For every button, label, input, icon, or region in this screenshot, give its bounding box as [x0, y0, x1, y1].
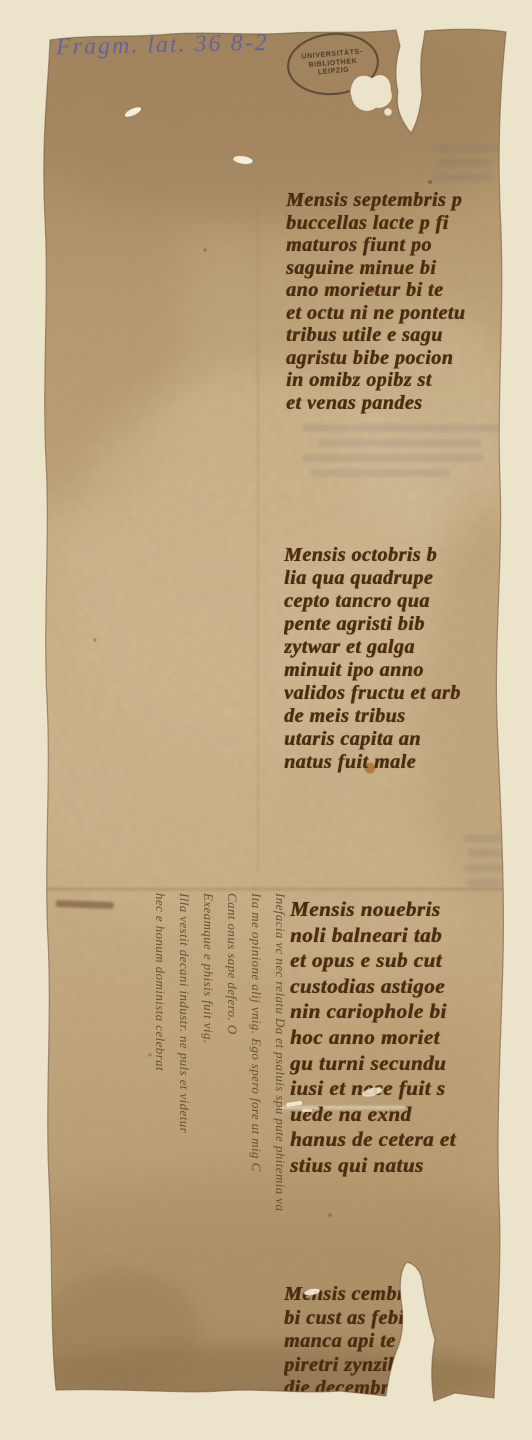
manuscript-line: Mensis octobris b — [284, 544, 506, 567]
manuscript-line: piretri zynzibe — [284, 1354, 506, 1378]
manuscript-line: gu turni secundu — [290, 1051, 512, 1077]
manuscript-line: et venas pandes — [286, 392, 506, 415]
manuscript-line: tribus utile e sagu — [286, 324, 506, 347]
manuscript-line: pente agristi bib — [284, 613, 506, 636]
manuscript-line: cepto tancro qua — [284, 590, 506, 613]
manuscript-line: iusi et nece fuit s — [290, 1076, 512, 1102]
manuscript-line: utaris capita an — [284, 728, 506, 751]
marginalia-line: Exeamque e phisis fuit vig. — [196, 893, 220, 1393]
manuscript-line: natus fuit male — [284, 751, 506, 774]
manuscript-line: et octu ni ne pontetu — [286, 302, 506, 325]
show-through-text — [302, 424, 502, 484]
manuscript-line: et opus e sub cut — [290, 948, 512, 974]
marginalia-line: Ita me opinione alij vnig. Ego spero for… — [244, 893, 268, 1393]
text-block-october: Mensis octobris b lia qua quadrupe cepto… — [284, 544, 506, 774]
show-through-text — [432, 144, 498, 189]
manuscript-line: minuit ipo anno — [284, 659, 506, 682]
manuscript-line: saguine minue bi — [286, 257, 506, 280]
manuscript-line: zytwar et galga — [284, 636, 506, 659]
manuscript-line: Mensis cembris — [284, 1283, 506, 1307]
manuscript-line: custodias astigoe — [290, 974, 512, 1000]
manuscript-line: Mensis nouebris — [290, 897, 512, 923]
marginalia-line: Cant onus sape defero. O — [220, 893, 244, 1393]
manuscript-line: lia qua quadrupe — [284, 567, 506, 590]
manuscript-line: bi cust as febi — [284, 1307, 506, 1331]
manuscript-line: nin cariophole bi — [290, 999, 512, 1025]
text-block-september: Mensis septembris p buccellas lacte p fi… — [286, 189, 506, 414]
manuscript-line: ano morietur bi te — [286, 279, 506, 302]
manuscript-line: uede na exnd — [290, 1102, 512, 1128]
manuscript-line: validos fructu et arb — [284, 682, 506, 705]
manuscript-line: in omibz opibz st — [286, 369, 506, 392]
marginalia-line: hec e honum dominista celebrat — [148, 893, 172, 1393]
text-block-december: Mensis cembris bi cust as febi manca api… — [284, 1283, 506, 1401]
manuscript-line: stius qui natus — [290, 1153, 512, 1179]
text-block-november: Mensis nouebris noli balneari tab et opu… — [290, 897, 512, 1179]
manuscript-line: maturos fiunt po — [286, 234, 506, 257]
manuscript-line: manca api te — [284, 1330, 506, 1354]
manuscript-line: buccellas lacte p fi — [286, 212, 506, 235]
manuscript-scan: Fragm. lat. 36 8-2 UNIVERSITÄTS- BIBLIOT… — [0, 0, 532, 1440]
manuscript-line: Mensis septembris p — [286, 189, 506, 212]
marginalia-line: Inefacia vc nec relatu Da et psaluis spu… — [268, 893, 292, 1393]
manuscript-line: hoc anno moriet — [290, 1025, 512, 1051]
shelfmark-annotation: Fragm. lat. 36 8-2 — [56, 30, 287, 62]
marginalia-line: Illa vestit decani industr. ne puls et v… — [172, 893, 196, 1393]
manuscript-line: agristu bibe pocion — [286, 347, 506, 370]
stamp-line-3: LEIPZIG — [318, 67, 350, 78]
manuscript-line: hanus de cetera et — [290, 1127, 512, 1153]
show-through-text — [464, 834, 516, 894]
marginal-notes-rotated: Inefacia vc nec relatu Da et psaluis spu… — [142, 893, 292, 1393]
manuscript-line: die decembris q — [284, 1377, 506, 1401]
manuscript-line: noli balneari tab — [290, 923, 512, 949]
manuscript-line: de meis tribus — [284, 705, 506, 728]
